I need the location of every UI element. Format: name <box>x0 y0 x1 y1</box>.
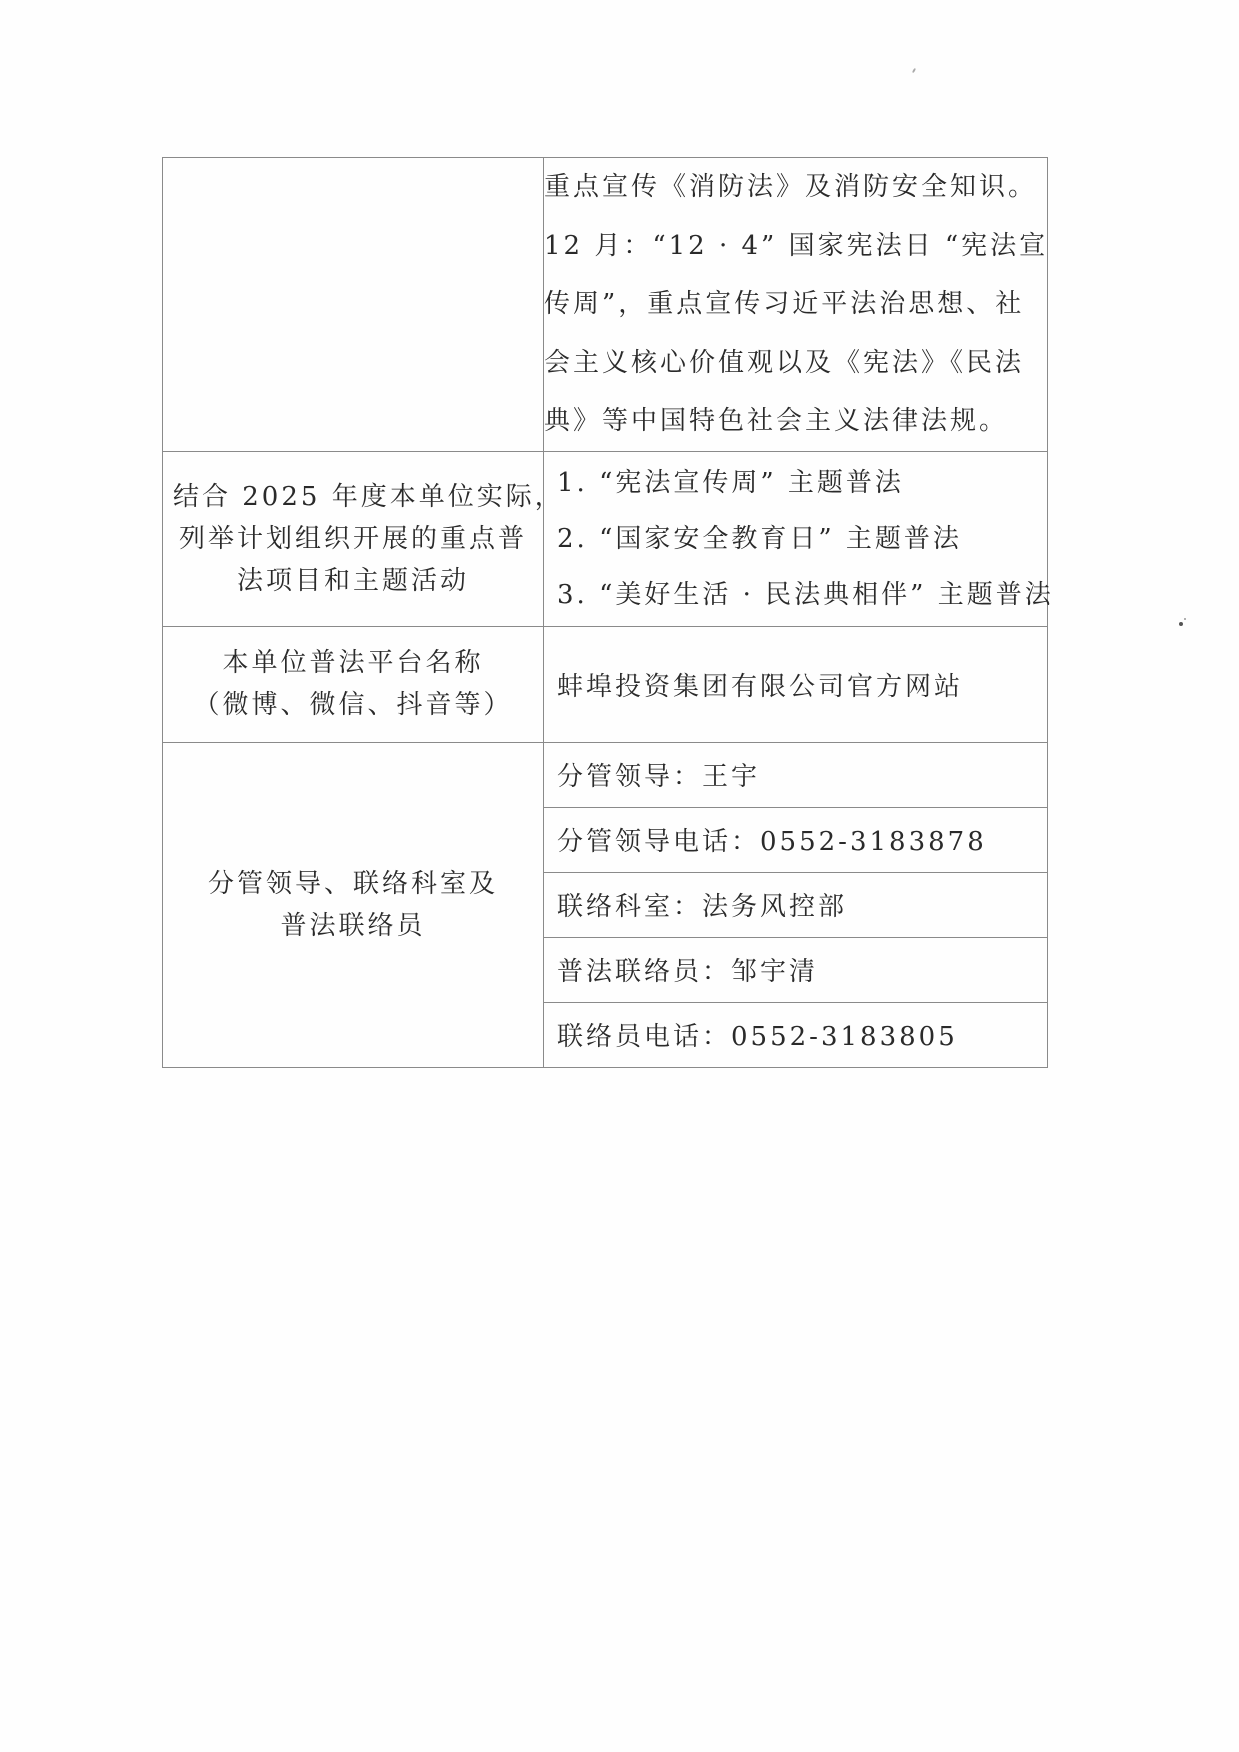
label-line: 普法联络员 <box>173 905 533 947</box>
table-row-continuation: 重点宣传《消防法》及消防安全知识。 12 月：“12 · 4” 国家宪法日 “宪… <box>163 158 1048 452</box>
list-item: 3. “美好生活 · 民法典相伴” 主题普法 <box>544 567 1047 623</box>
list-item: 1. “宪法宣传周” 主题普法 <box>544 455 1047 511</box>
table-row-contacts: 分管领导、联络科室及 普法联络员 分管领导：王宇 <box>163 742 1048 807</box>
text-line: 典》等中国特色社会主义法律法规。 <box>544 392 1047 451</box>
scan-speck <box>1184 618 1186 620</box>
text-line: 会主义核心价值观以及《宪法》《民法 <box>544 334 1047 393</box>
label-line: 分管领导、联络科室及 <box>173 863 533 905</box>
supervising-leader: 分管领导：王宇 <box>544 742 1048 807</box>
scan-speck <box>1179 622 1183 626</box>
label-line: （微博、微信、抖音等） <box>173 684 533 726</box>
label-line: 列举计划组织开展的重点普 <box>173 518 533 560</box>
contacts-label: 分管领导、联络科室及 普法联络员 <box>163 742 544 1067</box>
legal-liaison-officer: 普法联络员：邹宇清 <box>544 937 1048 1002</box>
key-projects-list: 1. “宪法宣传周” 主题普法 2. “国家安全教育日” 主题普法 3. “美好… <box>544 451 1048 626</box>
supervising-leader-phone: 分管领导电话：0552-3183878 <box>544 807 1048 872</box>
key-projects-label: 结合 2025 年度本单位实际， 列举计划组织开展的重点普 法项目和主题活动 <box>163 451 544 626</box>
liaison-officer-phone: 联络员电话：0552-3183805 <box>544 1002 1048 1067</box>
platform-label: 本单位普法平台名称 （微博、微信、抖音等） <box>163 626 544 742</box>
platform-value: 蚌埠投资集团有限公司官方网站 <box>544 626 1048 742</box>
text-line: 12 月：“12 · 4” 国家宪法日 “宪法宣 <box>544 217 1047 276</box>
row-label-empty <box>163 158 544 452</box>
label-line: 结合 2025 年度本单位实际， <box>173 476 533 518</box>
label-line: 本单位普法平台名称 <box>173 642 533 684</box>
text-line: 传周”，重点宣传习近平法治思想、社 <box>544 275 1047 334</box>
table-row-platform: 本单位普法平台名称 （微博、微信、抖音等） 蚌埠投资集团有限公司官方网站 <box>163 626 1048 742</box>
list-item: 2. “国家安全教育日” 主题普法 <box>544 511 1047 567</box>
text-line: 重点宣传《消防法》及消防安全知识。 <box>544 158 1047 217</box>
activity-schedule-text: 重点宣传《消防法》及消防安全知识。 12 月：“12 · 4” 国家宪法日 “宪… <box>544 158 1048 452</box>
table-row-key-projects: 结合 2025 年度本单位实际， 列举计划组织开展的重点普 法项目和主题活动 1… <box>163 451 1048 626</box>
scan-speck <box>912 68 916 73</box>
liaison-department: 联络科室：法务风控部 <box>544 872 1048 937</box>
label-line: 法项目和主题活动 <box>173 560 533 602</box>
legal-education-plan-table: 重点宣传《消防法》及消防安全知识。 12 月：“12 · 4” 国家宪法日 “宪… <box>162 157 1048 1068</box>
document-page: 重点宣传《消防法》及消防安全知识。 12 月：“12 · 4” 国家宪法日 “宪… <box>0 0 1239 1752</box>
